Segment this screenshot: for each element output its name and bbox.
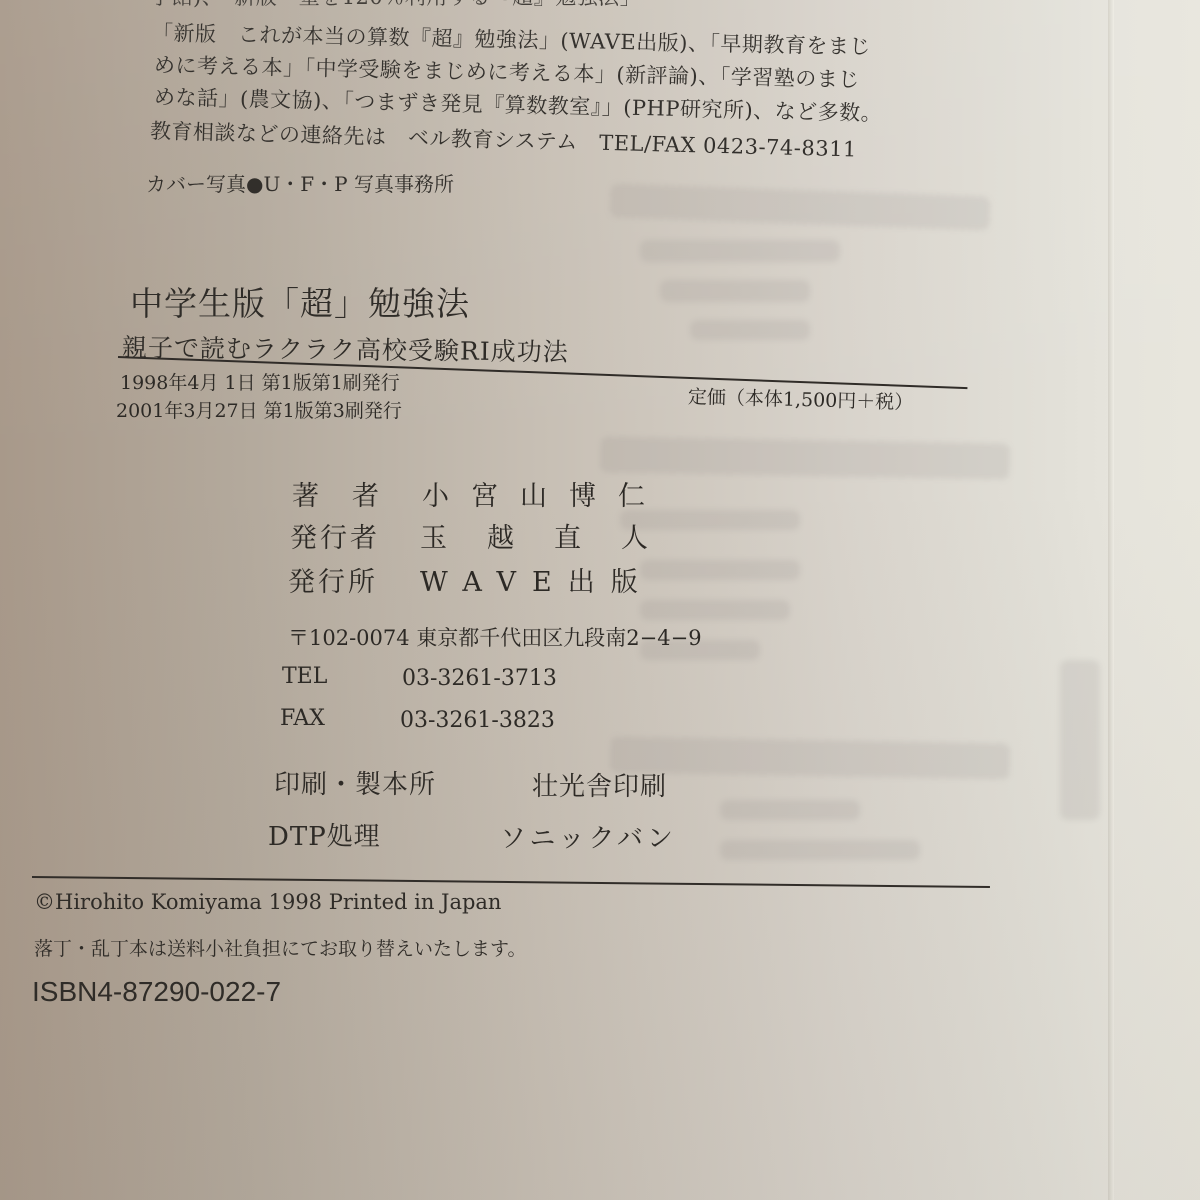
- show-through-block: [720, 800, 860, 820]
- show-through-block: [660, 280, 810, 302]
- price: 定価（本体1,500円＋税）: [688, 382, 914, 415]
- edition-current: 2001年3月27日 第1版第3刷発行: [116, 396, 402, 423]
- show-through-block: [690, 320, 810, 340]
- fax-label: FAX: [280, 706, 325, 731]
- tel-number: 03-3261-3713: [402, 666, 557, 691]
- dtp-name: ソニックバン: [500, 818, 677, 855]
- page-edge: [1108, 0, 1114, 1200]
- staff-value-publisher: WAVE出版: [420, 560, 654, 599]
- show-through-block: [640, 240, 840, 262]
- show-through-block: [1060, 660, 1100, 820]
- staff-value-publisher-person: 玉越直人: [420, 516, 688, 555]
- fax-number: 03-3261-3823: [400, 708, 555, 733]
- staff-value-author: 小宮山博仁: [422, 474, 667, 513]
- publisher-address: 〒102-0074 東京都千代田区九段南2−4−9: [288, 622, 702, 652]
- printer-label: 印刷・製本所: [274, 764, 436, 801]
- show-through-block: [720, 840, 920, 860]
- staff-label-author: 著 者: [292, 474, 382, 513]
- copyright: ©Hirohito Komiyama 1998 Printed in Japan: [34, 890, 501, 914]
- staff-label-publisher: 発行所: [288, 560, 378, 599]
- show-through-block: [610, 183, 991, 230]
- dtp-label: DTP処理: [268, 816, 381, 853]
- replacement-notice: 落丁・乱丁本は送料小社負担にてお取り替えいたします。: [34, 934, 526, 961]
- show-through-block: [640, 560, 800, 580]
- tel-label: TEL: [282, 664, 327, 689]
- footer-rule: [32, 876, 990, 888]
- staff-label-publisher-person: 発行者: [290, 516, 380, 555]
- cover-credit: カバー写真●U・F・P 写真事務所: [146, 168, 454, 197]
- printer-name: 壮光舎印刷: [532, 766, 667, 803]
- show-through-block: [640, 600, 790, 620]
- isbn: ISBN4-87290-022-7: [32, 976, 281, 1008]
- book-title: 中学生版「超」勉強法: [130, 278, 470, 325]
- book-subtitle: 親子で読むラクラク高校受験RI成功法: [122, 328, 569, 369]
- show-through-block: [610, 737, 1011, 780]
- edition-first: 1998年4月 1日 第1版第1刷発行: [120, 368, 400, 395]
- bio-line-partial: 学館)、「新版 塾を120％利用する『超』勉強法」: [150, 0, 641, 12]
